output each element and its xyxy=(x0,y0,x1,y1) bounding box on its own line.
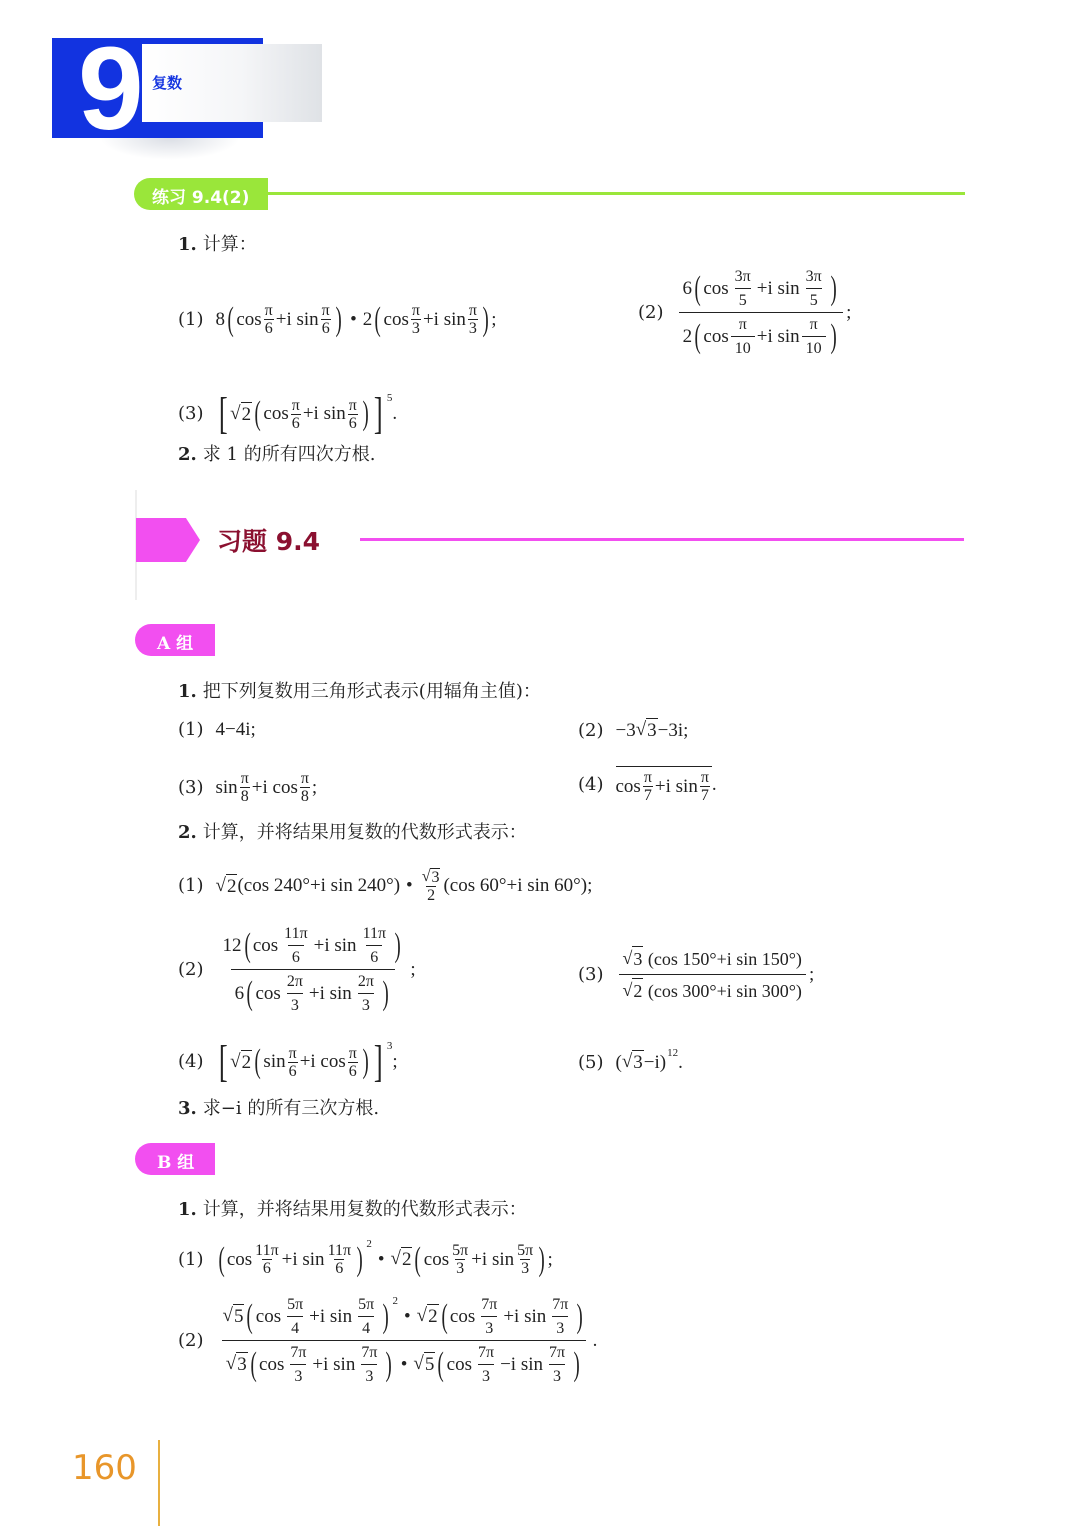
practice-q2: 2. 求 1 的所有四次方根. xyxy=(178,443,375,467)
a-q1: 1. 把下列复数用三角形式表示(用辐角主值)： xyxy=(178,680,541,704)
a-q3: 3. 求−i 的所有三次方根. xyxy=(178,1097,379,1121)
math-expression: sinπ8+i cosπ8; xyxy=(216,770,318,805)
math-expression: 12(cos11π6+i sin11π6)6(cos2π3+i sin2π3); xyxy=(216,925,416,1014)
practice-q1-item1: (1) 8(cosπ6+i sinπ6)•2(cosπ3+i sinπ3); xyxy=(178,302,497,337)
math-expression: [√2(cosπ6+i sinπ6)]5. xyxy=(216,392,398,436)
b-q1-item1: (1) (cos11π6+i sin11π6)2•√2(cos5π3+i sin… xyxy=(178,1242,553,1277)
math-expression: √3 (cos 150°+i sin 150°)√2 (cos 300°+i s… xyxy=(616,946,815,1003)
math-expression: (cos11π6+i sin11π6)2•√2(cos5π3+i sin5π3)… xyxy=(216,1242,553,1277)
math-expression: √5(cos5π4+i sin5π4)2•√2(cos7π3+i sin7π3)… xyxy=(216,1296,598,1385)
math-expression: 6(cos3π5+i sin3π5)2(cosπ10+i sinπ10); xyxy=(676,268,852,357)
practice-divider xyxy=(268,192,965,195)
chapter-number: 9 xyxy=(78,30,140,148)
math-expression: cosπ7+i sinπ7. xyxy=(616,766,717,804)
page-number-rule xyxy=(158,1440,160,1526)
group-b-label: B 组 xyxy=(157,1148,194,1173)
math-expression: [√2(sinπ6+i cosπ6)]3; xyxy=(216,1040,398,1084)
exercises-divider xyxy=(360,538,964,541)
a-q2-item4: (4) [√2(sinπ6+i cosπ6)]3; xyxy=(178,1040,398,1084)
page-number: 160 xyxy=(72,1448,137,1488)
practice-q1: 1. 计算： xyxy=(178,233,257,257)
math-expression: (√3−i)12. xyxy=(616,1050,683,1075)
a-q1-item2: (2) −3√3−3i; xyxy=(578,718,688,743)
chapter-title: 复数 xyxy=(152,72,182,93)
a-q1-item4: (4) cosπ7+i sinπ7. xyxy=(578,766,717,804)
group-a-label: A 组 xyxy=(157,629,193,654)
math-expression: √2(cos 240°+i sin 240°)•√32(cos 60°+i si… xyxy=(216,868,593,904)
math-expression: 8(cosπ6+i sinπ6)•2(cosπ3+i sinπ3); xyxy=(216,302,497,337)
a-q2-item2: (2) 12(cos11π6+i sin11π6)6(cos2π3+i sin2… xyxy=(178,925,416,1014)
exercises-title: 习题 9.4 xyxy=(217,522,320,558)
practice-q1-item2: (2) 6(cos3π5+i sin3π5)2(cosπ10+i sinπ10)… xyxy=(638,268,851,357)
a-q1-item1: (1) 4−4i; xyxy=(178,718,256,742)
a-q2-item3: (3) √3 (cos 150°+i sin 150°)√2 (cos 300°… xyxy=(578,946,814,1003)
chapter-shadow xyxy=(100,138,240,160)
b-q1-item2: (2) √5(cos5π4+i sin5π4)2•√2(cos7π3+i sin… xyxy=(178,1296,597,1385)
a-q2-item5: (5) (√3−i)12. xyxy=(578,1050,683,1075)
practice-q1-item3: (3) [√2(cosπ6+i sinπ6)]5. xyxy=(178,392,397,436)
math-expression: −3√3−3i; xyxy=(616,718,689,743)
a-q2-item1: (1) √2(cos 240°+i sin 240°)•√32(cos 60°+… xyxy=(178,868,592,904)
practice-label: 练习 9.4(2) xyxy=(152,183,249,208)
a-q1-item3: (3) sinπ8+i cosπ8; xyxy=(178,770,317,805)
b-q1: 1. 计算，并将结果用复数的代数形式表示： xyxy=(178,1198,527,1222)
a-q2: 2. 计算，并将结果用复数的代数形式表示： xyxy=(178,821,527,845)
exercises-tag xyxy=(136,518,200,562)
